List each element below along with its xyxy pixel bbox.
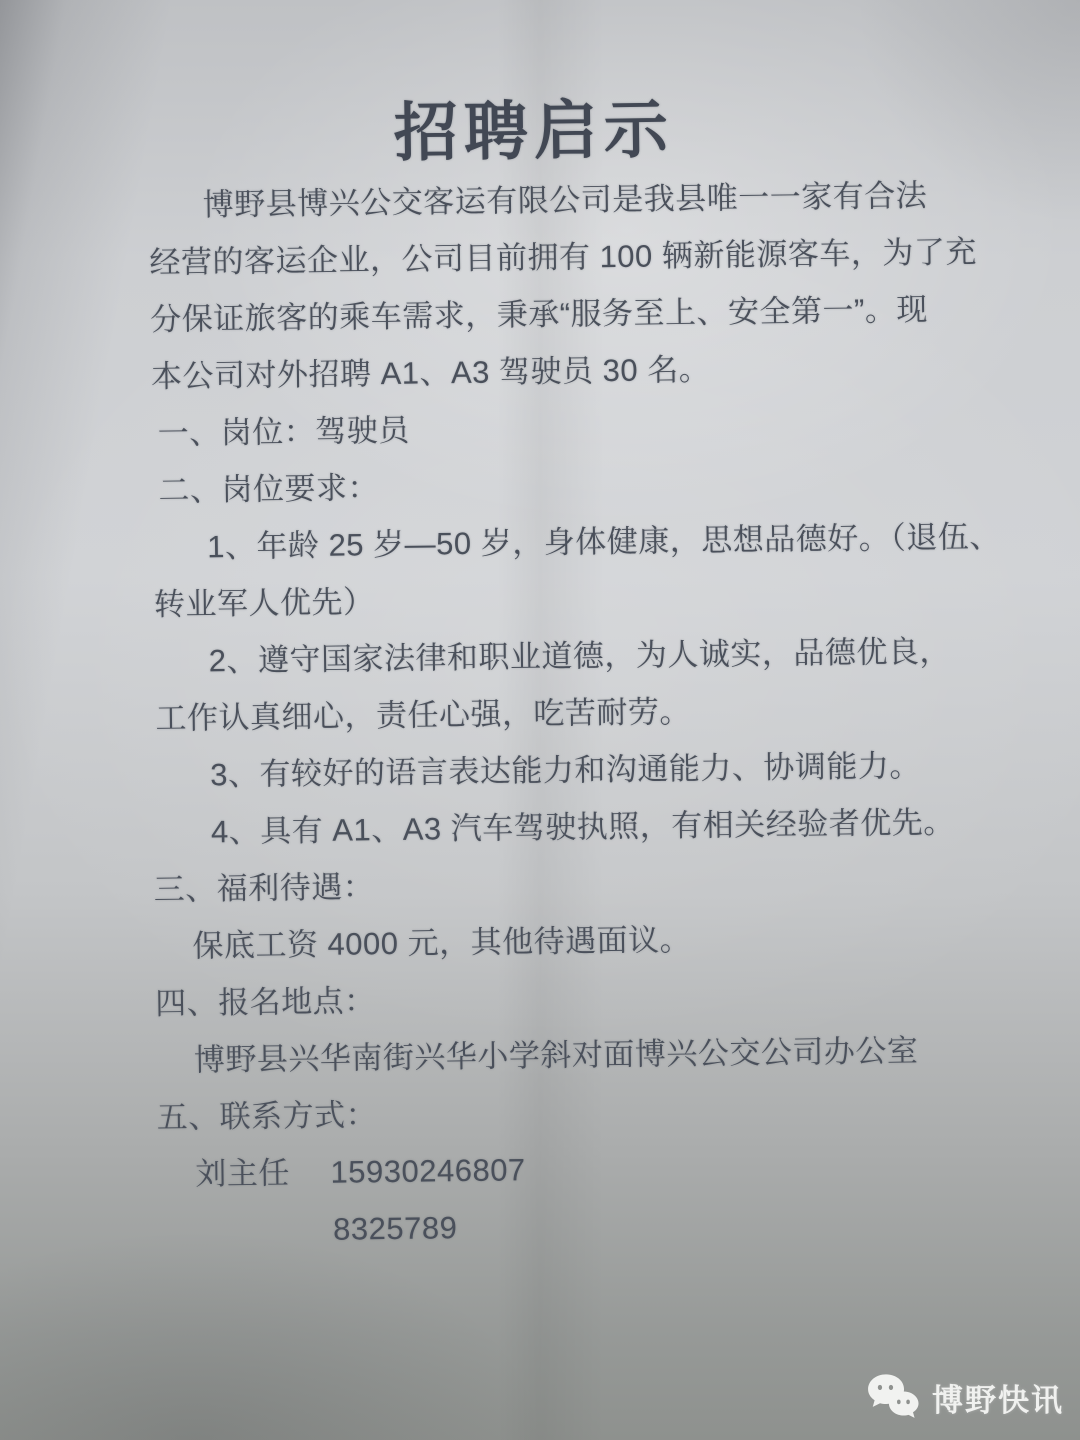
document-line: 刘主任 15930246807 [147,1135,968,1203]
recruitment-notice: 招聘启示 博野县博兴公交客运有限公司是我县唯一一家有合法经营的客运企业，公司目前… [0,0,1080,1440]
document-line: 博野县兴华南街兴华小学斜对面博兴公交公司办公室 [146,1021,967,1089]
document-line: 4、具有 A1、A3 汽车驾驶执照，有相关经验者优先。 [143,793,964,861]
document-line: 二、岗位要求： [138,452,959,520]
document-line: 2、遵守国家法律和职业道德，为人诚实，品德优良， [140,623,961,691]
document-line: 三、福利待遇： [143,850,964,918]
document-line: 3、有较好的语言表达能力和沟通能力、协调能力。 [142,736,963,804]
document-line: 1、年龄 25 岁—50 岁，身体健康，思想品德好。（退伍、 [139,509,960,577]
document-lines: 博野县博兴公交客运有限公司是我县唯一一家有合法经营的客运企业，公司目前拥有 10… [134,167,968,1261]
document-line: 本公司对外招聘 A1、A3 驾驶员 30 名。 [137,338,958,406]
document-line: 四、报名地点： [145,964,966,1032]
watermark-label: 博野快讯 [932,1375,1064,1420]
document-line: 转业军人优先） [140,566,961,634]
document-line: 经营的客运企业，公司目前拥有 100 辆新能源客车，为了充 [135,224,956,292]
document-line: 分保证旅客的乘车需求，秉承“服务至上、安全第一”。现 [136,281,957,349]
document-line: 保底工资 4000 元，其他待遇面议。 [144,907,965,975]
document-line: 博野县博兴公交客运有限公司是我县唯一一家有合法 [134,167,955,235]
document-line: 8325789 [148,1192,969,1260]
document-line: 五、联系方式： [146,1078,967,1146]
document-photo: 招聘启示 博野县博兴公交客运有限公司是我县唯一一家有合法经营的客运企业，公司目前… [0,0,1080,1440]
wechat-icon [864,1368,922,1426]
document-line: 工作认真细心，责任心强，吃苦耐劳。 [141,679,962,747]
channel-watermark: 博野快讯 [864,1368,1064,1426]
document-line: 一、岗位：驾驶员 [137,395,958,463]
document-title: 招聘启示 [133,75,934,177]
